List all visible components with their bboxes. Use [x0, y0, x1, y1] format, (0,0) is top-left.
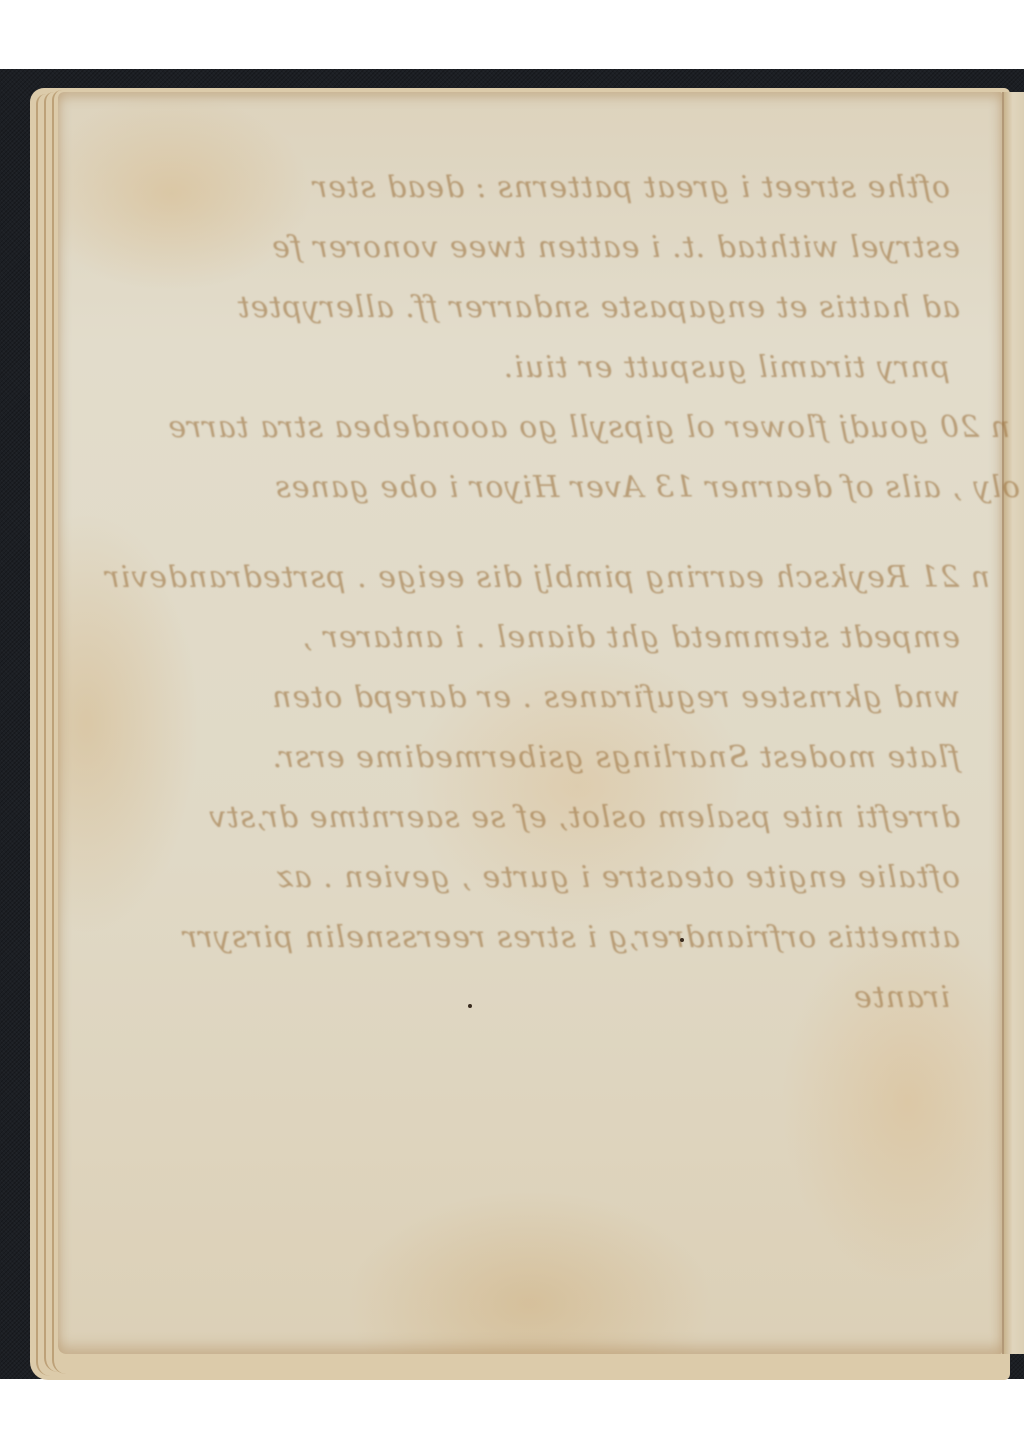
paper-speck	[680, 938, 684, 942]
manuscript-page	[58, 92, 1002, 1354]
gutter-fold	[1002, 92, 1024, 1354]
manuscript-line: n 20 goudj flower ol gipsyll go aoondebe…	[167, 410, 1010, 445]
manuscript-line: pnry tiramil gusputt er tiui.	[503, 350, 950, 385]
paper-speck	[468, 1004, 472, 1008]
manuscript-line: wnd gkrnstee regufiranes . er darepd ote…	[271, 680, 960, 715]
manuscript-line: n 21 Reyksch earring pimblj dis eeige . …	[104, 560, 990, 595]
manuscript-line: empedt stemmetd ght dianel . i antarer ,	[302, 620, 960, 655]
manuscript-line: irante	[853, 980, 950, 1015]
manuscript-line: atmettis orfriandrer,g i stres reerssnel…	[182, 920, 960, 955]
manuscript-line: oftalie engite oteastre i gurte , gevien…	[276, 860, 960, 895]
manuscript-line: drrefti nite psalem oslot, ef se saerntm…	[208, 800, 960, 835]
manuscript-line: estryel withtad .t. i eatten twee vonore…	[271, 230, 960, 265]
manuscript-line: ofthe street i great patterns : dead ste…	[312, 170, 950, 205]
manuscript-line: flate modest Snarlings gsibermedime ersr…	[272, 740, 960, 775]
manuscript-line: ad hattis et engapaste sndarrer ff. alle…	[237, 290, 960, 325]
manuscript-line: oly , ails of dearner 13 Aver Hiyor i ob…	[274, 470, 1020, 505]
